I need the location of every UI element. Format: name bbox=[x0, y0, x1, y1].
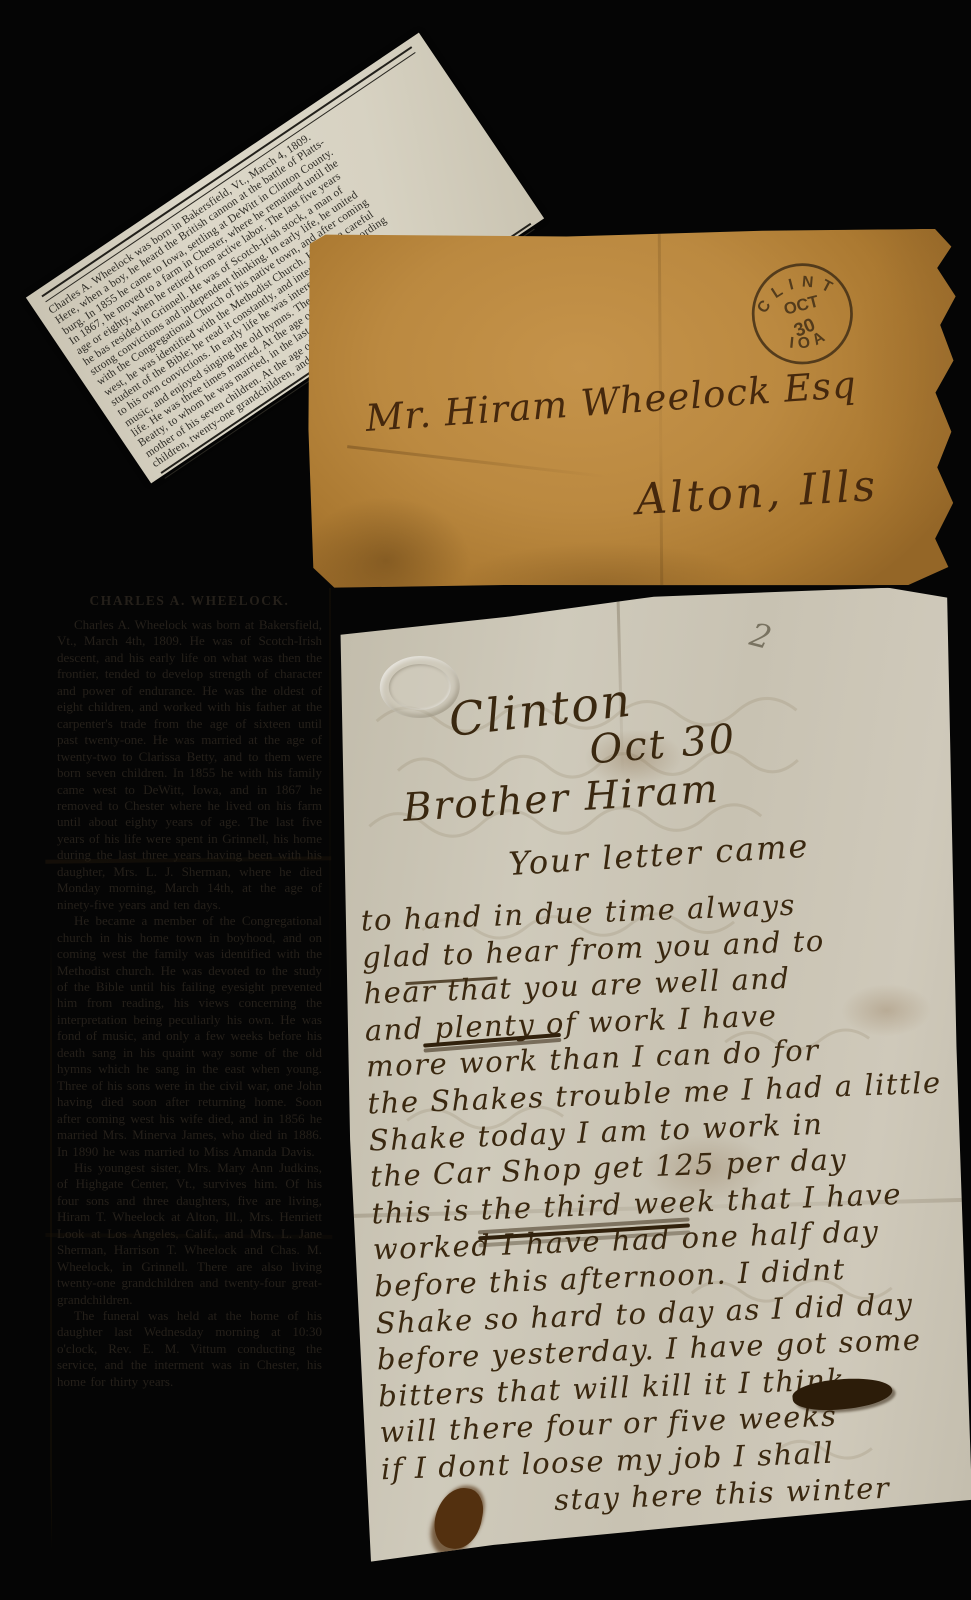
envelope-address-line1: Mr. Hiram Wheelock Esq bbox=[364, 357, 946, 440]
obituary-paragraph: He became a member of the Congregational… bbox=[57, 913, 322, 1160]
obituary-clipping: CHARLES A. WHEELOCK. Charles A. Wheelock… bbox=[44, 578, 334, 1575]
envelope-crease bbox=[347, 445, 606, 478]
column-rule-left bbox=[50, 937, 52, 1565]
column-rule-right bbox=[329, 588, 331, 987]
letter-body: to hand in due time always glad to hear … bbox=[360, 882, 957, 1525]
obituary-title: CHARLES A. WHEELOCK. bbox=[57, 593, 322, 609]
handwritten-letter: 2 Clinton Oct 30 Brother Hiram Your lett… bbox=[334, 586, 971, 1562]
envelope-address-line2: Alton, Ills bbox=[634, 461, 879, 525]
envelope: CLINT IOA OCT 30 Mr. Hiram Wheelock Esq … bbox=[306, 229, 960, 590]
photo-scene: Charles A. Wheelock was born in Bakersfi… bbox=[0, 0, 971, 1600]
obituary-paragraph: The funeral was held at the home of his … bbox=[57, 1308, 322, 1390]
obituary-paragraph: Charles A. Wheelock was born at Bakersfi… bbox=[57, 617, 322, 913]
